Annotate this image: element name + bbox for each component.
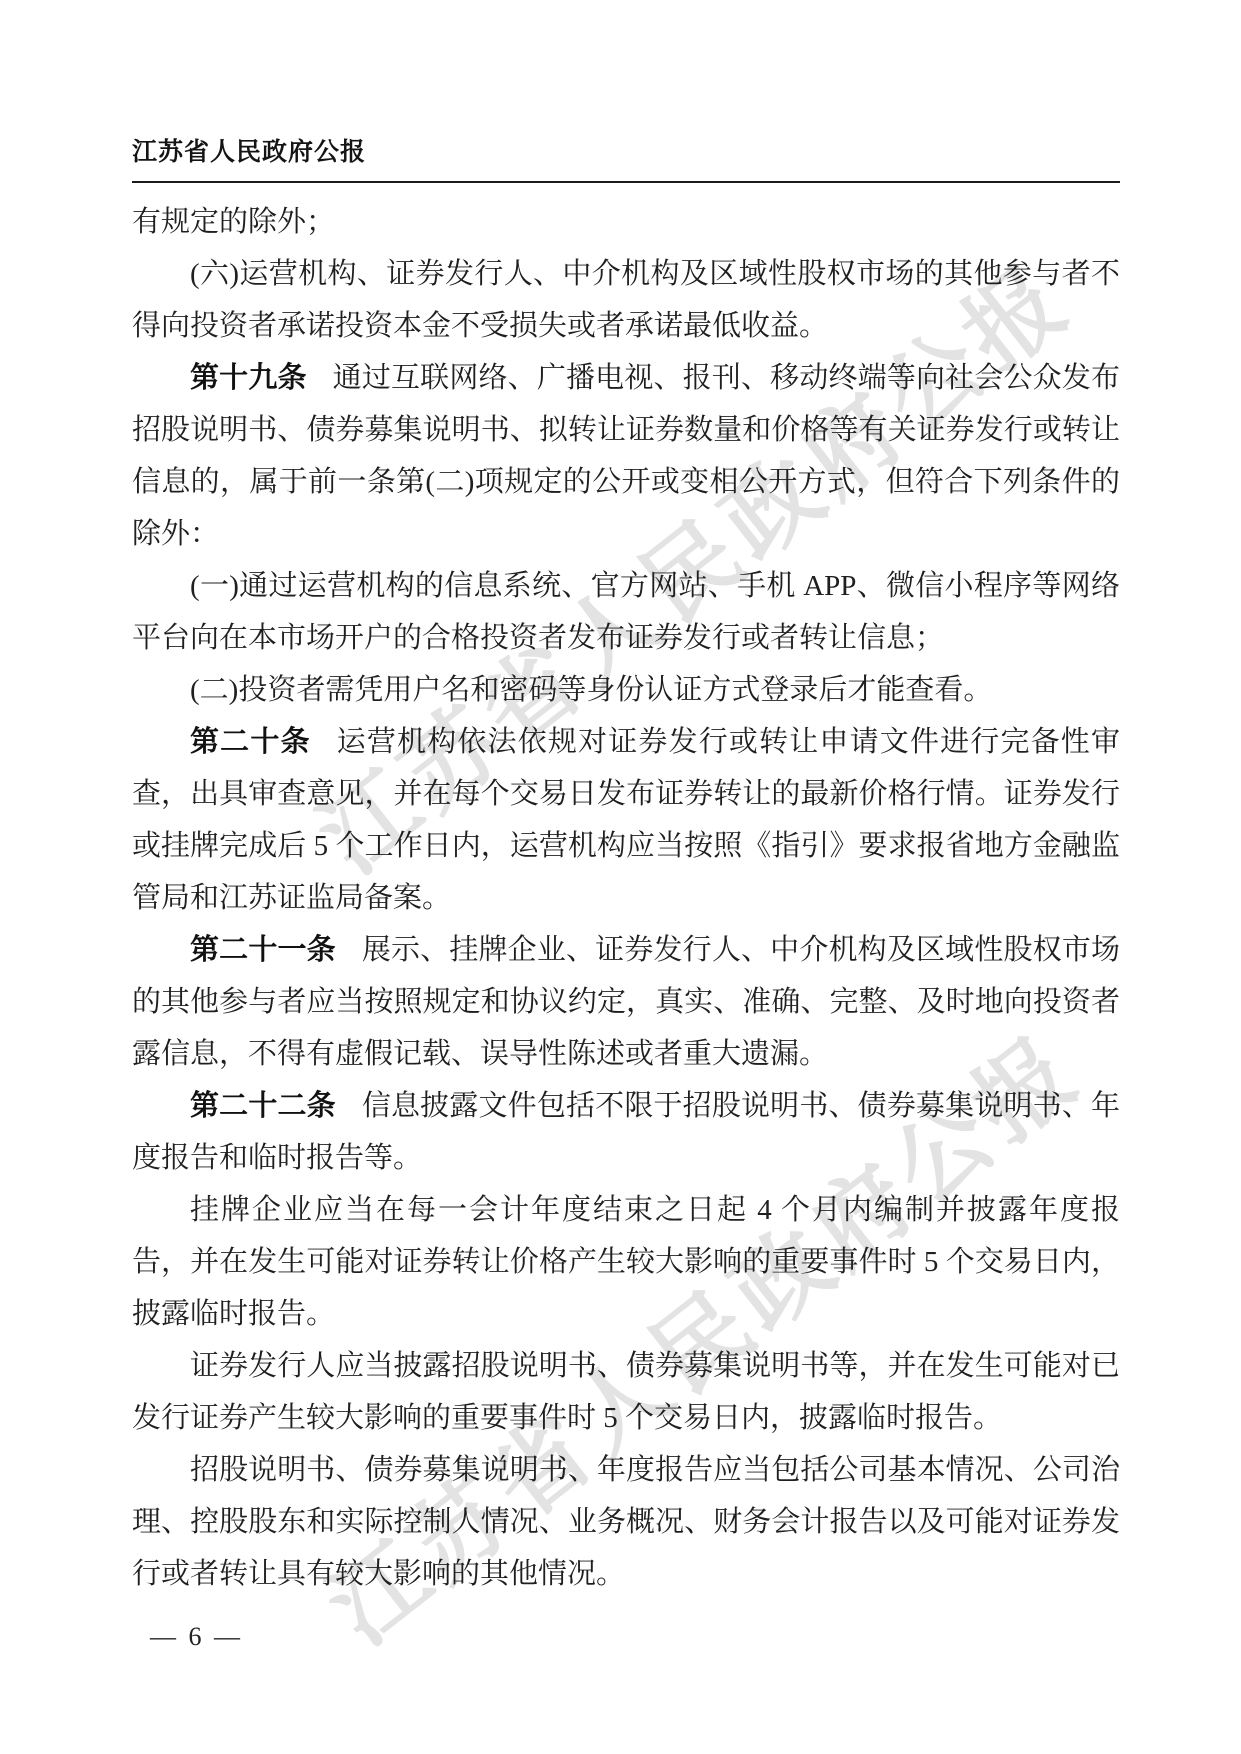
masthead-title: 江苏省人民政府公报	[132, 132, 366, 168]
article-number: 第二十二条	[190, 1090, 336, 1122]
paragraph: 招股说明书、债券募集说明书、年度报告应当包括公司基本情况、公司治理、控股股东和实…	[132, 1444, 1120, 1600]
text-line: 发行证券产生较大影响的重要事件时 5 个交易日内，披露临时报告。	[132, 1392, 1120, 1444]
text-line: 第二十条运营机构依法依规对证券发行或转让申请文件进行完备性审	[132, 716, 1120, 768]
text-line: 第二十一条展示、挂牌企业、证券发行人、中介机构及区域性股权市场	[132, 924, 1120, 976]
gazette-page: 江苏省人民政府公报 江苏省人民政府公报 江苏省人民政府公报 有规定的除外；(六)…	[0, 0, 1241, 1754]
text-line: 第十九条通过互联网络、广播电视、报刊、移动终端等向社会公众发布	[132, 352, 1120, 404]
text-line: (二)投资者需凭用户名和密码等身份认证方式登录后才能查看。	[132, 664, 1120, 716]
text-line: 理、控股股东和实际控制人情况、业务概况、财务会计报告以及可能对证券发	[132, 1496, 1120, 1548]
text-line: (一)通过运营机构的信息系统、官方网站、手机 APP、微信小程序等网络	[132, 560, 1120, 612]
text-line: 度报告和临时报告等。	[132, 1132, 1120, 1184]
text-line: 查，出具审查意见，并在每个交易日发布证券转让的最新价格行情。证券发行	[132, 768, 1120, 820]
paragraph: 第二十条运营机构依法依规对证券发行或转让申请文件进行完备性审查，出具审查意见，并…	[132, 716, 1120, 924]
paragraph: (六)运营机构、证券发行人、中介机构及区域性股权市场的其他参与者不得向投资者承诺…	[132, 248, 1120, 352]
text-line: 披露临时报告。	[132, 1288, 1120, 1340]
paragraph-text: 运营机构依法依规对证券发行或转让申请文件进行完备性审	[337, 726, 1120, 758]
text-line: 告，并在发生可能对证券转让价格产生较大影响的重要事件时 5 个交易日内，	[132, 1236, 1120, 1288]
article-number: 第十九条	[190, 362, 307, 394]
text-line: 招股说明书、债券募集说明书、年度报告应当包括公司基本情况、公司治	[132, 1444, 1120, 1496]
text-line: 得向投资者承诺投资本金不受损失或者承诺最低收益。	[132, 300, 1120, 352]
paragraph: (二)投资者需凭用户名和密码等身份认证方式登录后才能查看。	[132, 664, 1120, 716]
paragraph-text: 展示、挂牌企业、证券发行人、中介机构及区域性股权市场	[362, 934, 1120, 966]
text-line: 证券发行人应当披露招股说明书、债券募集说明书等，并在发生可能对已	[132, 1340, 1120, 1392]
paragraph: 第二十二条信息披露文件包括不限于招股说明书、债券募集说明书、年度报告和临时报告等…	[132, 1080, 1120, 1184]
text-line: 或挂牌完成后 5 个工作日内，运营机构应当按照《指引》要求报省地方金融监	[132, 820, 1120, 872]
paragraph-text: 信息披露文件包括不限于招股说明书、债券募集说明书、年	[362, 1090, 1120, 1122]
page-number: — 6 —	[150, 1622, 243, 1652]
paragraph: 第十九条通过互联网络、广播电视、报刊、移动终端等向社会公众发布招股说明书、债券募…	[132, 352, 1120, 560]
text-line: 露信息，不得有虚假记载、误导性陈述或者重大遗漏。	[132, 1028, 1120, 1080]
text-line: 有规定的除外；	[132, 196, 1120, 248]
text-line: 管局和江苏证监局备案。	[132, 872, 1120, 924]
article-number: 第二十一条	[190, 934, 336, 966]
paragraph: 证券发行人应当披露招股说明书、债券募集说明书等，并在发生可能对已发行证券产生较大…	[132, 1340, 1120, 1444]
header-rule	[132, 181, 1120, 183]
text-line: 行或者转让具有较大影响的其他情况。	[132, 1548, 1120, 1600]
paragraph: 挂牌企业应当在每一会计年度结束之日起 4 个月内编制并披露年度报告，并在发生可能…	[132, 1184, 1120, 1340]
document-body: 有规定的除外；(六)运营机构、证券发行人、中介机构及区域性股权市场的其他参与者不…	[132, 196, 1120, 1600]
paragraph: 第二十一条展示、挂牌企业、证券发行人、中介机构及区域性股权市场的其他参与者应当按…	[132, 924, 1120, 1080]
paragraph: 有规定的除外；	[132, 196, 1120, 248]
text-line: 招股说明书、债券募集说明书、拟转让证券数量和价格等有关证券发行或转让	[132, 404, 1120, 456]
text-line: 平台向在本市场开户的合格投资者发布证券发行或者转让信息；	[132, 612, 1120, 664]
text-line: 除外：	[132, 508, 1120, 560]
article-number: 第二十条	[190, 726, 311, 758]
text-line: 挂牌企业应当在每一会计年度结束之日起 4 个月内编制并披露年度报	[132, 1184, 1120, 1236]
paragraph-text: 通过互联网络、广播电视、报刊、移动终端等向社会公众发布	[333, 362, 1120, 394]
paragraph: (一)通过运营机构的信息系统、官方网站、手机 APP、微信小程序等网络平台向在本…	[132, 560, 1120, 664]
text-line: 第二十二条信息披露文件包括不限于招股说明书、债券募集说明书、年	[132, 1080, 1120, 1132]
text-line: 信息的，属于前一条第(二)项规定的公开或变相公开方式，但符合下列条件的	[132, 456, 1120, 508]
text-line: 的其他参与者应当按照规定和协议约定，真实、准确、完整、及时地向投资者披	[132, 976, 1120, 1028]
text-line: (六)运营机构、证券发行人、中介机构及区域性股权市场的其他参与者不	[132, 248, 1120, 300]
